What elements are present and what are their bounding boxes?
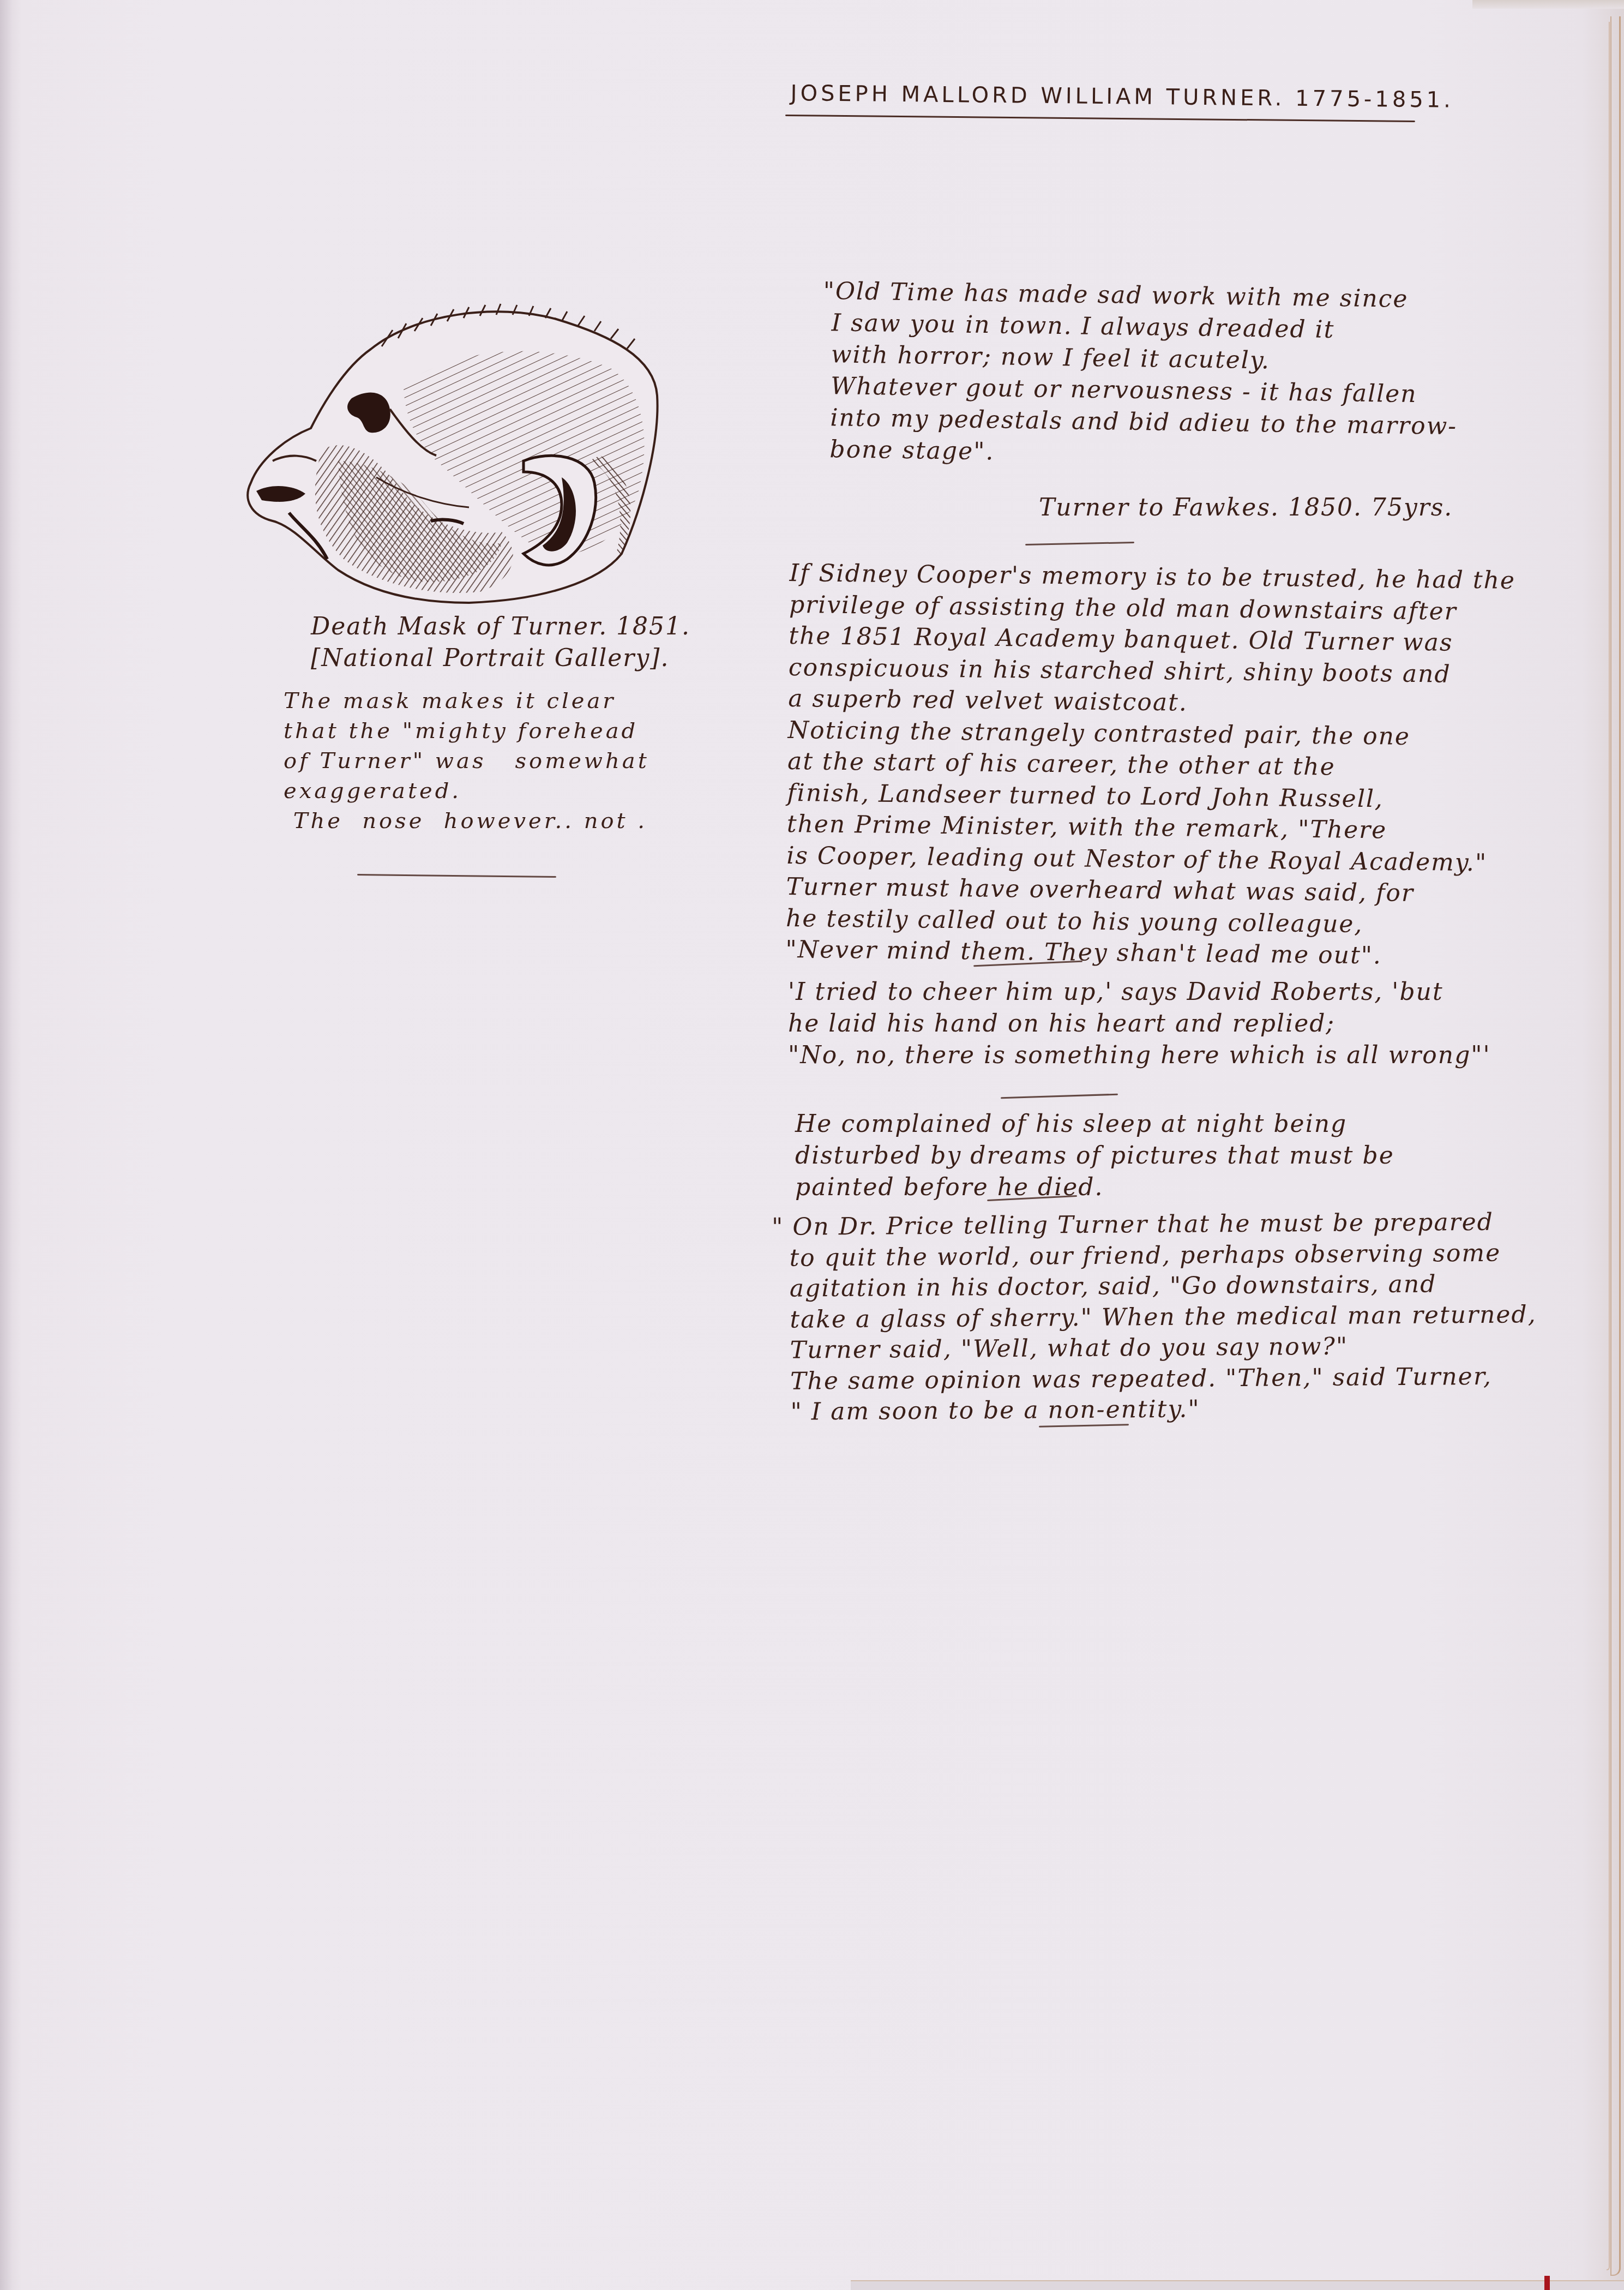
quote-line: Whatever gout or nervousness - it has fa… — [822, 372, 1417, 408]
paragraph-line: he testily called out to his young colle… — [786, 904, 1363, 938]
paragraph-line: "Never mind them. They shan't lead me ou… — [785, 936, 1382, 969]
divider-rule — [1001, 1094, 1118, 1099]
quote-line: into my pedestals and bid adieu to the m… — [821, 404, 1457, 440]
paragraph-sleep-dreams: He complained of his sleep at night bein… — [795, 1108, 1394, 1203]
quote-line: bone stage". — [821, 435, 995, 465]
paragraph-line: " On Dr. Price telling Turner that he mu… — [772, 1208, 1494, 1241]
note-line: that the "mighty forehead — [284, 718, 638, 744]
paragraph-line: conspicuous in his starched shirt, shiny… — [789, 653, 1451, 688]
paragraph-line: If Sidney Cooper's memory is to be trust… — [789, 559, 1515, 595]
paragraph-line: a superb red velvet waistcoat. — [788, 685, 1188, 717]
paragraph-line: He complained of his sleep at night bein… — [795, 1110, 1347, 1138]
paragraph-line: to quit the world, our friend, perhaps o… — [772, 1239, 1501, 1272]
note-line: of Turner" was somewhat — [284, 748, 649, 774]
paragraph-line: the 1851 Royal Academy banquet. Old Turn… — [789, 622, 1453, 657]
caption-line: [National Portrait Gallery]. — [311, 644, 669, 672]
paragraph-line: disturbed by dreams of pictures that mus… — [795, 1142, 1394, 1170]
page-fore-edge — [1610, 16, 1621, 2276]
divider-rule — [357, 874, 556, 878]
paragraph-line: take a glass of sherry." When the medica… — [772, 1300, 1537, 1334]
paragraph-line: Noticing the strangely contrasted pair, … — [787, 716, 1410, 750]
page-fore-edge-inner — [1607, 22, 1610, 2270]
quote-line: with horror; now I feel it acutely. — [822, 340, 1271, 374]
page-title: JOSEPH MALLORD WILLIAM TURNER. 1775-1851… — [791, 81, 1454, 113]
title-underline — [785, 115, 1415, 122]
sketchbook-page: JOSEPH MALLORD WILLIAM TURNER. 1775-1851… — [0, 0, 1624, 2290]
quote-old-time: "Old Time has made sad work with me sinc… — [821, 275, 1459, 474]
paragraph-dr-price: " On Dr. Price telling Turner that he mu… — [772, 1207, 1537, 1428]
paragraph-line: is Cooper, leading out Nestor of the Roy… — [786, 841, 1487, 876]
page-top-edge — [1472, 0, 1624, 9]
paragraph-roberts-quote: 'I tried to cheer him up,' says David Ro… — [788, 976, 1491, 1071]
paragraph-line: 'I tried to cheer him up,' says David Ro… — [788, 978, 1443, 1006]
paragraph-line: finish, Landseer turned to Lord John Rus… — [787, 778, 1384, 812]
paragraph-line: Turner must have overheard what was said… — [786, 873, 1414, 907]
mask-note: The mask makes it clear that the "mighty… — [284, 686, 649, 836]
sketch-caption: Death Mask of Turner. 1851. [National Po… — [311, 611, 690, 674]
paragraph-line: "No, no, there is something here which i… — [788, 1041, 1491, 1069]
divider-rule — [1025, 542, 1134, 545]
paragraph-cooper-anecdote: If Sidney Cooper's memory is to be trust… — [785, 557, 1515, 973]
paragraph-line: he laid his hand on his heart and replie… — [788, 1010, 1335, 1038]
paragraph-line: then Prime Minister, with the remark, "T… — [787, 810, 1387, 844]
paragraph-line: Turner said, "Well, what do you say now?… — [773, 1333, 1349, 1364]
quote-line: "Old Time has made sad work with me sinc… — [823, 277, 1409, 313]
quote-attribution: Turner to Fawkes. 1850. 75yrs. — [1039, 494, 1453, 521]
note-line: exaggerated. — [284, 778, 461, 804]
paragraph-line: agitation in his doctor, said, "Go downs… — [772, 1270, 1437, 1303]
page-bottom-edge — [851, 2280, 1624, 2290]
quote-line: I saw you in town. I always dreaded it — [822, 309, 1334, 344]
binding-edge — [0, 0, 12, 2290]
note-line: The nose however.. not . — [284, 808, 647, 834]
paragraph-line: The same opinion was repeated. "Then," s… — [773, 1362, 1492, 1395]
death-mask-sketch-icon — [240, 297, 665, 608]
paragraph-line: at the start of his career, the other at… — [787, 747, 1336, 781]
paragraph-line: " I am soon to be a non-entity." — [773, 1395, 1200, 1426]
paragraph-line: privilege of assisting the old man downs… — [789, 590, 1457, 625]
caption-line: Death Mask of Turner. 1851. — [311, 613, 690, 640]
ribbon-marker — [1544, 2276, 1550, 2290]
note-line: The mask makes it clear — [284, 688, 616, 714]
